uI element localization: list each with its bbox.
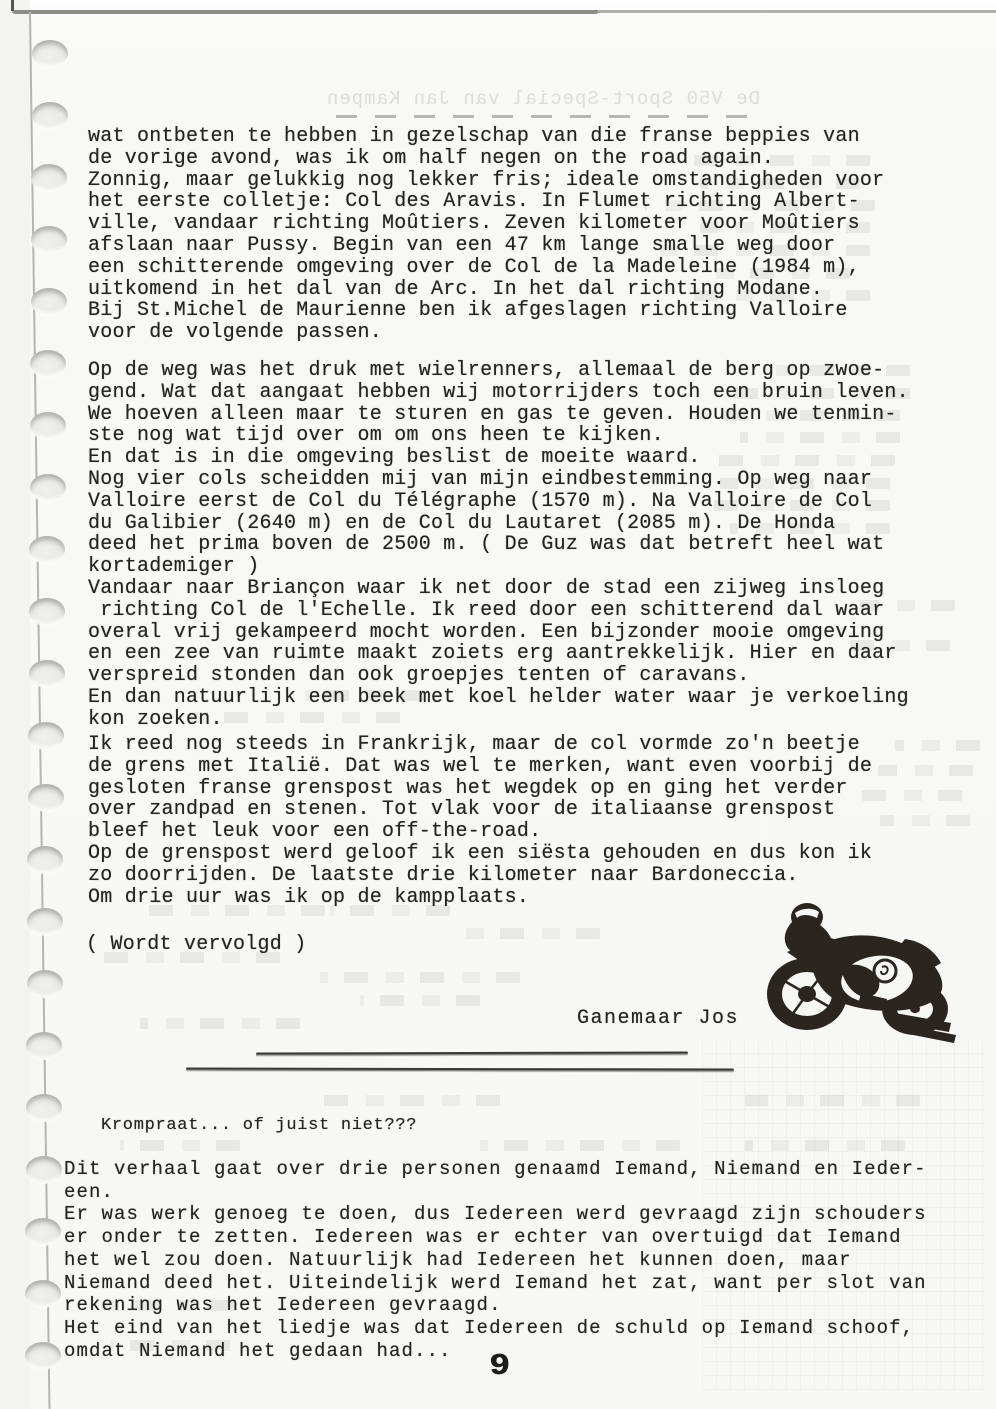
- binder-hole: [29, 536, 65, 563]
- binder-hole: [26, 1032, 62, 1059]
- binder-hole: [31, 226, 67, 253]
- motorcycle-illustration: [757, 897, 965, 1047]
- bleedthrough-text-row: [880, 815, 970, 826]
- krompraat-heading: Krompraat... of juist niet???: [101, 1116, 417, 1135]
- bleedthrough-text-row: [360, 995, 480, 1006]
- bleedthrough-text-row: [320, 1095, 500, 1106]
- binder-hole: [31, 288, 67, 315]
- travel-report-paragraph-3: Ik reed nog steeds in Frankrijk, maar de…: [88, 734, 872, 908]
- bleedthrough-text-row: [320, 972, 520, 983]
- bleedthrough-dashed-underline: [336, 115, 760, 118]
- binder-hole: [27, 970, 63, 997]
- bleedthrough-text-row: [460, 928, 600, 939]
- binder-hole: [31, 164, 67, 191]
- travel-report-paragraph-2: Op de weg was het druk met wielrenners, …: [88, 360, 909, 731]
- binder-hole: [29, 598, 65, 625]
- travel-report-paragraph-1: wat ontbeten te hebben in gezelschap van…: [88, 126, 884, 344]
- page-left-edge: [29, 12, 51, 1409]
- bleedthrough-text-row: [140, 1018, 300, 1029]
- to-be-continued-note: ( Wordt vervolgd ): [86, 934, 307, 956]
- binder-hole: [32, 40, 68, 67]
- binder-hole: [28, 722, 64, 749]
- binder-hole: [29, 660, 65, 687]
- scan-top-edge-dark-segment: [13, 10, 598, 14]
- bleedthrough-mirrored-title: De V50 Sport-Special van Jan Kampen: [345, 88, 760, 110]
- binder-hole: [30, 350, 66, 377]
- binder-hole: [30, 474, 66, 501]
- bleedthrough-text-row: [862, 790, 962, 801]
- binder-hole: [26, 1094, 62, 1121]
- binder-hole: [27, 908, 63, 935]
- bleedthrough-text-row: [120, 1140, 240, 1151]
- binder-hole: [30, 412, 66, 439]
- bleedthrough-text-row: [878, 765, 973, 776]
- bleedthrough-text-row: [895, 740, 980, 751]
- scan-left-margin: [0, 0, 30, 1409]
- binder-hole: [25, 1280, 61, 1307]
- scan-corner-mark: [11, 0, 14, 11]
- author-signature: Ganemaar Jos: [577, 1007, 739, 1030]
- page-number: 9: [489, 1349, 510, 1384]
- krompraat-story-text: Dit verhaal gaat over drie personen gena…: [64, 1158, 927, 1362]
- divider-line-lower: [186, 1068, 734, 1072]
- binder-hole: [32, 102, 68, 129]
- bleedthrough-text-row: [480, 1140, 680, 1151]
- binder-hole: [25, 1342, 61, 1369]
- divider-line-upper: [256, 1051, 688, 1055]
- binder-hole: [26, 1156, 62, 1183]
- binder-hole: [27, 846, 63, 873]
- binder-hole: [25, 1218, 61, 1245]
- binder-hole: [28, 784, 64, 811]
